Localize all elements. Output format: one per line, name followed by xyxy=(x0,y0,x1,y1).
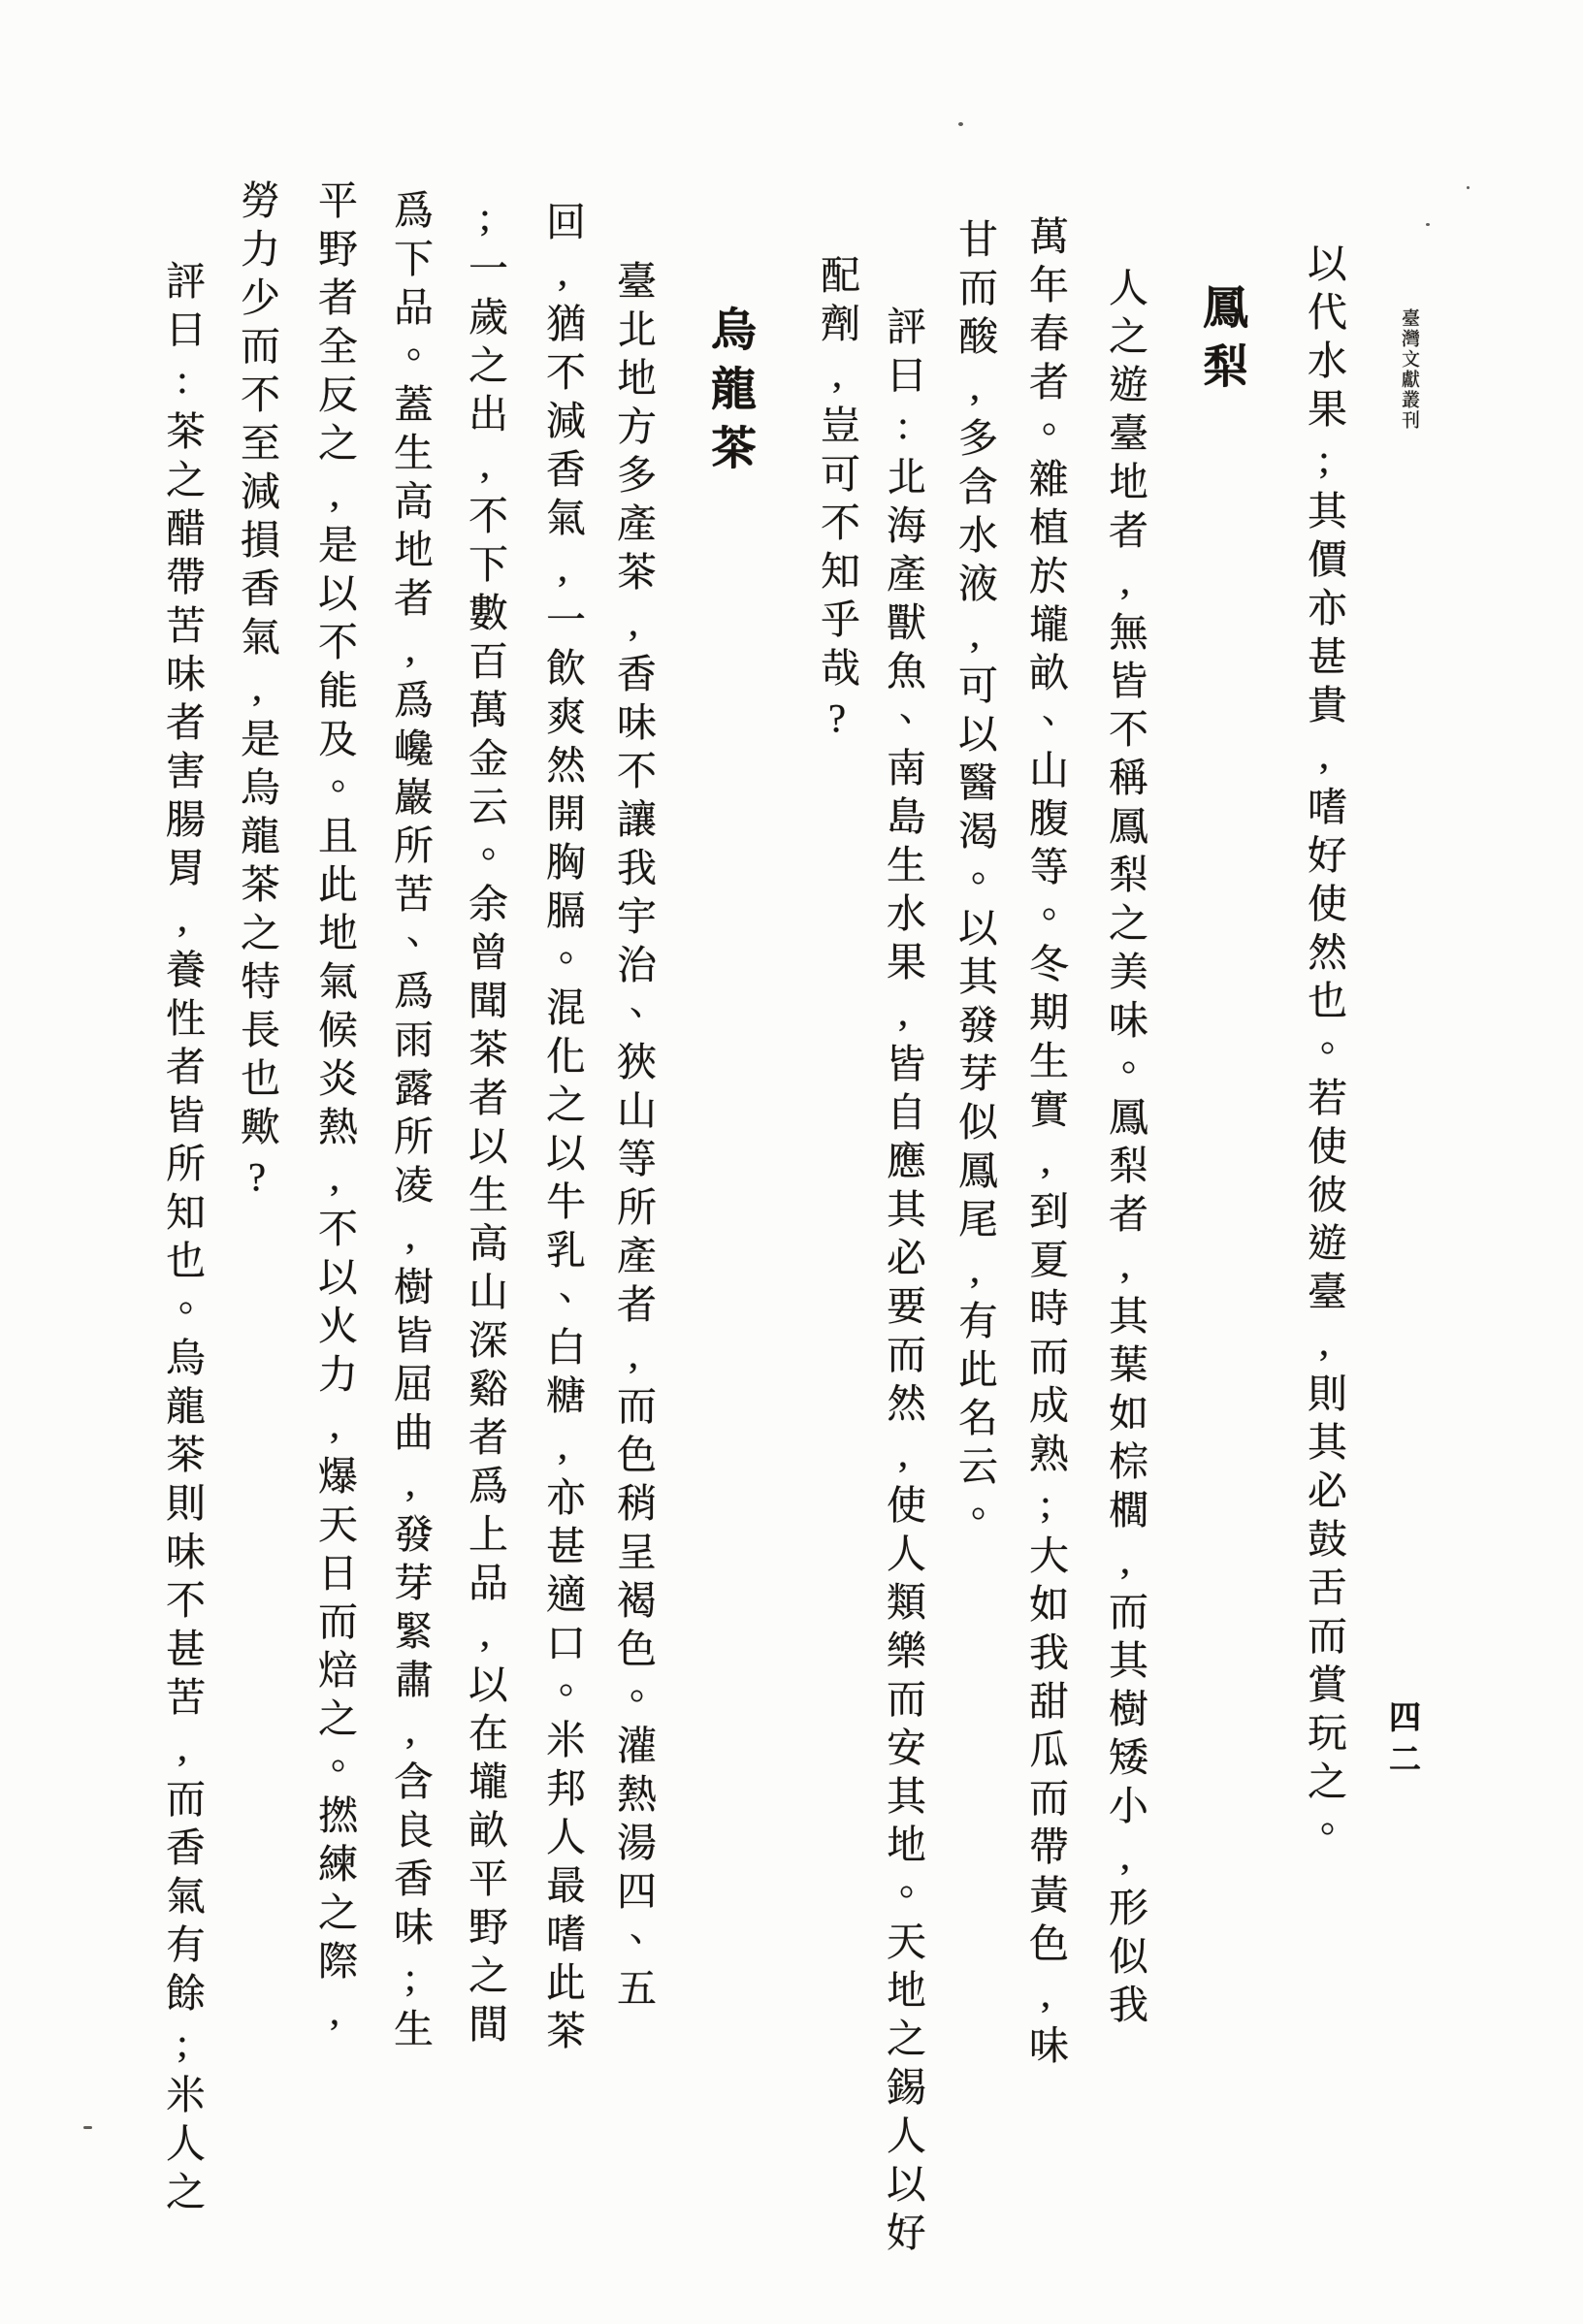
text-column: 臺北地方多產茶,香味不讓我宇治、狹山等所產者,而色稍呈褐色。灌熱湯四、五 xyxy=(607,260,660,2016)
text-column: 萬年春者。雜植於壠畝、山腹等。冬期生實,到夏時而成熟;大如我甜瓜而帶黃色,味 xyxy=(1019,215,1072,2073)
text-column-commentary: 評曰:北海產獸魚、南島生水果,皆自應其必要而然,使人類樂而安其地。天地之錫人以好 xyxy=(877,306,929,2260)
running-header: 臺灣文獻叢刊 xyxy=(1386,308,1431,431)
ink-speck xyxy=(83,2126,92,2129)
text-column: 爲下品。蓋生高地者,爲巉巖所苦、爲雨露所凌,樹皆屈曲,發芽緊肅,含良香味;生 xyxy=(384,189,436,2056)
section-title-oolong-tea: 烏龍茶 xyxy=(699,306,759,483)
text-column: 甘而酸,多含水液,可以醫渴。以其發芽似鳳尾,有此名云。 xyxy=(949,218,1001,1542)
text-column: 回,猶不減香氣,一飲爽然開胸膈。混化之以牛乳、白糖,亦甚適口。米邦人最嗜此茶 xyxy=(536,201,589,2058)
ink-speck xyxy=(1467,186,1470,189)
section-title-pineapple: 鳳梨 xyxy=(1191,283,1251,402)
scanned-book-page: 臺灣文獻叢刊 四二 以代水果;其價亦甚貴,嗜好使然也。若使彼遊臺,則其必鼓舌而賞… xyxy=(0,0,1583,2324)
text-column: 平野者全反之,是以不能及。且此地氣候炎熱,不以火力,爆天日而焙之。撚練之際, xyxy=(308,179,361,2042)
text-column-commentary: 評曰:茶之醋帶苦味者害腸胃,養性者皆所知也。烏龍茶則味不甚苦,而香氣有餘;米人之 xyxy=(156,260,209,2219)
ink-speck xyxy=(958,122,963,126)
text-column: 勞力少而不至減損香氣,是烏龍茶之特長也歟? xyxy=(231,179,283,1208)
text-column-commentary: 配劑,豈可不知乎哉? xyxy=(811,254,863,749)
ink-speck xyxy=(1426,223,1430,226)
text-column: 以代水果;其價亦甚貴,嗜好使然也。若使彼遊臺,則其必鼓舌而賞玩之。 xyxy=(1298,242,1350,1857)
text-column: 人之遊臺地者,無皆不稱鳳梨之美味。鳳梨者,其葉如棕櫚,而其樹矮小,形似我 xyxy=(1099,267,1151,2032)
page-number: 四二 xyxy=(1381,1700,1422,1784)
text-column: ;一歲之出,不下數百萬金云。余曾聞茶者以生高山深谿者爲上品,以在壠畝平野之間 xyxy=(459,194,511,2051)
